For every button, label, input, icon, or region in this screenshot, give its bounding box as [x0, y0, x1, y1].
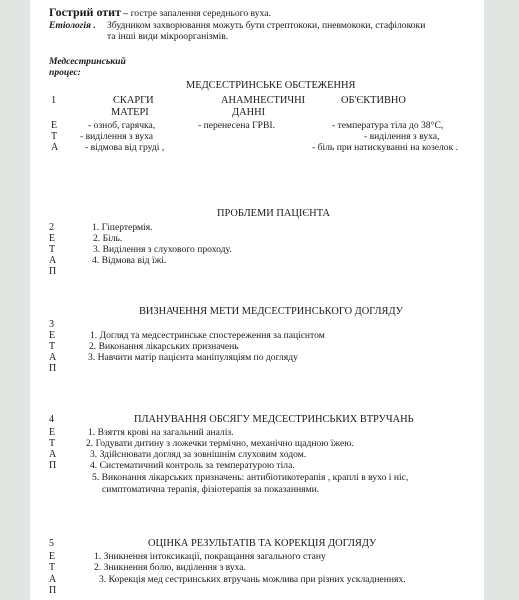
goal-item: 3. Навчити матір пацієнта маніпуляціям п… — [88, 352, 298, 363]
problem-item: 3. Виділення з слухового проходу. — [93, 244, 232, 255]
definition-line: Гострий отит – гостре запалення середньо… — [49, 7, 271, 19]
stage4-letter: А — [49, 449, 56, 460]
stage4-title: ПЛАНУВАННЯ ОБСЯГУ МЕДСЕСТРИНСЬКИХ ВТРУЧА… — [134, 414, 414, 425]
anamnesis-item: - перенесена ГРВІ. — [198, 120, 275, 131]
stage4-letter: П — [49, 460, 56, 471]
stage4-letter: Е — [49, 427, 55, 438]
stage5-letter: А — [49, 574, 56, 585]
stage3-letter: Т — [49, 341, 55, 352]
definition-dash: – — [123, 8, 128, 19]
col-anamnesis-header-2: ДАННІ — [232, 107, 265, 118]
stage3-letter: А — [49, 352, 56, 363]
etiology-line-1: Збудником захворювання можуть бути стреп… — [107, 20, 425, 31]
stage2-letter: А — [49, 255, 56, 266]
goal-item: 2. Виконання лікарських призначень — [89, 341, 239, 352]
process-label-line-2: процес: — [49, 67, 81, 78]
stage2-letter: Т — [49, 244, 55, 255]
stage1-title: МЕДСЕСТРИНСЬКЕ ОБСТЕЖЕННЯ — [186, 80, 355, 91]
stage1-letter: Т — [51, 131, 57, 142]
problem-item: 1. Гіпертермія. — [92, 222, 153, 233]
evaluation-item: 3. Корекція мед сестринських втручань мо… — [99, 574, 406, 585]
stage2-letter: Е — [49, 233, 55, 244]
plan-item: 2. Годувати дитину з ложечки термічно, м… — [86, 438, 354, 449]
stage5-letter: Е — [49, 551, 55, 562]
plan-item: 1. Взяття крові на загальний аналіз. — [88, 427, 234, 438]
stage5-letter: 5 — [49, 538, 54, 549]
document-page: Гострий отит – гостре запалення середньо… — [30, 0, 484, 600]
stage3-letter: 3 — [49, 319, 54, 330]
col-complaints-header-2: МАТЕРІ — [111, 107, 149, 118]
stage5-letter: Т — [49, 562, 55, 573]
stage3-letter: Е — [49, 330, 55, 341]
stage1-number: 1 — [51, 95, 56, 106]
complaint-item: - виділення з вуха — [80, 131, 153, 142]
plan-item: 4. Систематичний контроль за температуро… — [90, 460, 295, 471]
objective-item: - біль при натискуванні на козелок . — [312, 142, 458, 153]
stage5-title: ОЦІНКА РЕЗУЛЬТАТІВ ТА КОРЕКЦІЯ ДОГЛЯДУ — [148, 538, 376, 549]
col-complaints-header-1: СКАРГИ — [113, 95, 154, 106]
etiology-label: Етіологія . — [49, 20, 96, 31]
plan-item: 5. Виконання лікарських призначень: анти… — [92, 472, 408, 483]
evaluation-item: 2. Зникнення болю, виділення з вуха. — [94, 562, 246, 573]
stage1-letter: Е — [51, 120, 57, 131]
objective-item: - температура тіла до 38°С, — [332, 120, 443, 131]
etiology-line-2: та інші види мікроорганізмів. — [107, 31, 228, 42]
problem-item: 2. Біль. — [93, 233, 122, 244]
plan-item: 3. Здійснювати догляд за зовнішнім слухо… — [90, 449, 306, 460]
plan-item-continuation: симптоматична терапія, фізіотерапія за п… — [102, 484, 319, 495]
stage2-letter: П — [49, 266, 56, 277]
objective-item: - виділення з вуха, — [364, 131, 439, 142]
stage2-letter: 2 — [49, 222, 54, 233]
stage4-letter: Т — [49, 438, 55, 449]
stage4-letter: 4 — [49, 414, 54, 425]
problem-item: 4. Відмова від їжі. — [92, 255, 166, 266]
stage1-letter: А — [51, 142, 58, 153]
disease-term: Гострий отит — [49, 5, 121, 19]
stage3-letter: П — [49, 363, 56, 374]
process-label-line-1: Медсестринський — [49, 56, 126, 67]
col-anamnesis-header-1: АНАМНЕСТИЧНІ — [221, 95, 305, 106]
stage2-title: ПРОБЛЕМИ ПАЦІЄНТА — [217, 208, 330, 219]
complaint-item: - озноб, гарячка, — [88, 120, 155, 131]
disease-definition: гостре запалення середнього вуха. — [131, 8, 271, 19]
stage3-title: ВИЗНАЧЕННЯ МЕТИ МЕДСЕСТРИНСЬКОГО ДОГЛЯДУ — [139, 306, 403, 317]
evaluation-item: 1. Зникнення інтоксикації, покращання за… — [94, 551, 326, 562]
goal-item: 1. Догляд та медсестринське спостереженн… — [90, 330, 325, 341]
stage5-letter: П — [49, 585, 56, 596]
col-objective-header-1: ОБ'ЄКТИВНО — [341, 95, 406, 106]
complaint-item: - відмова від груді , — [85, 142, 164, 153]
